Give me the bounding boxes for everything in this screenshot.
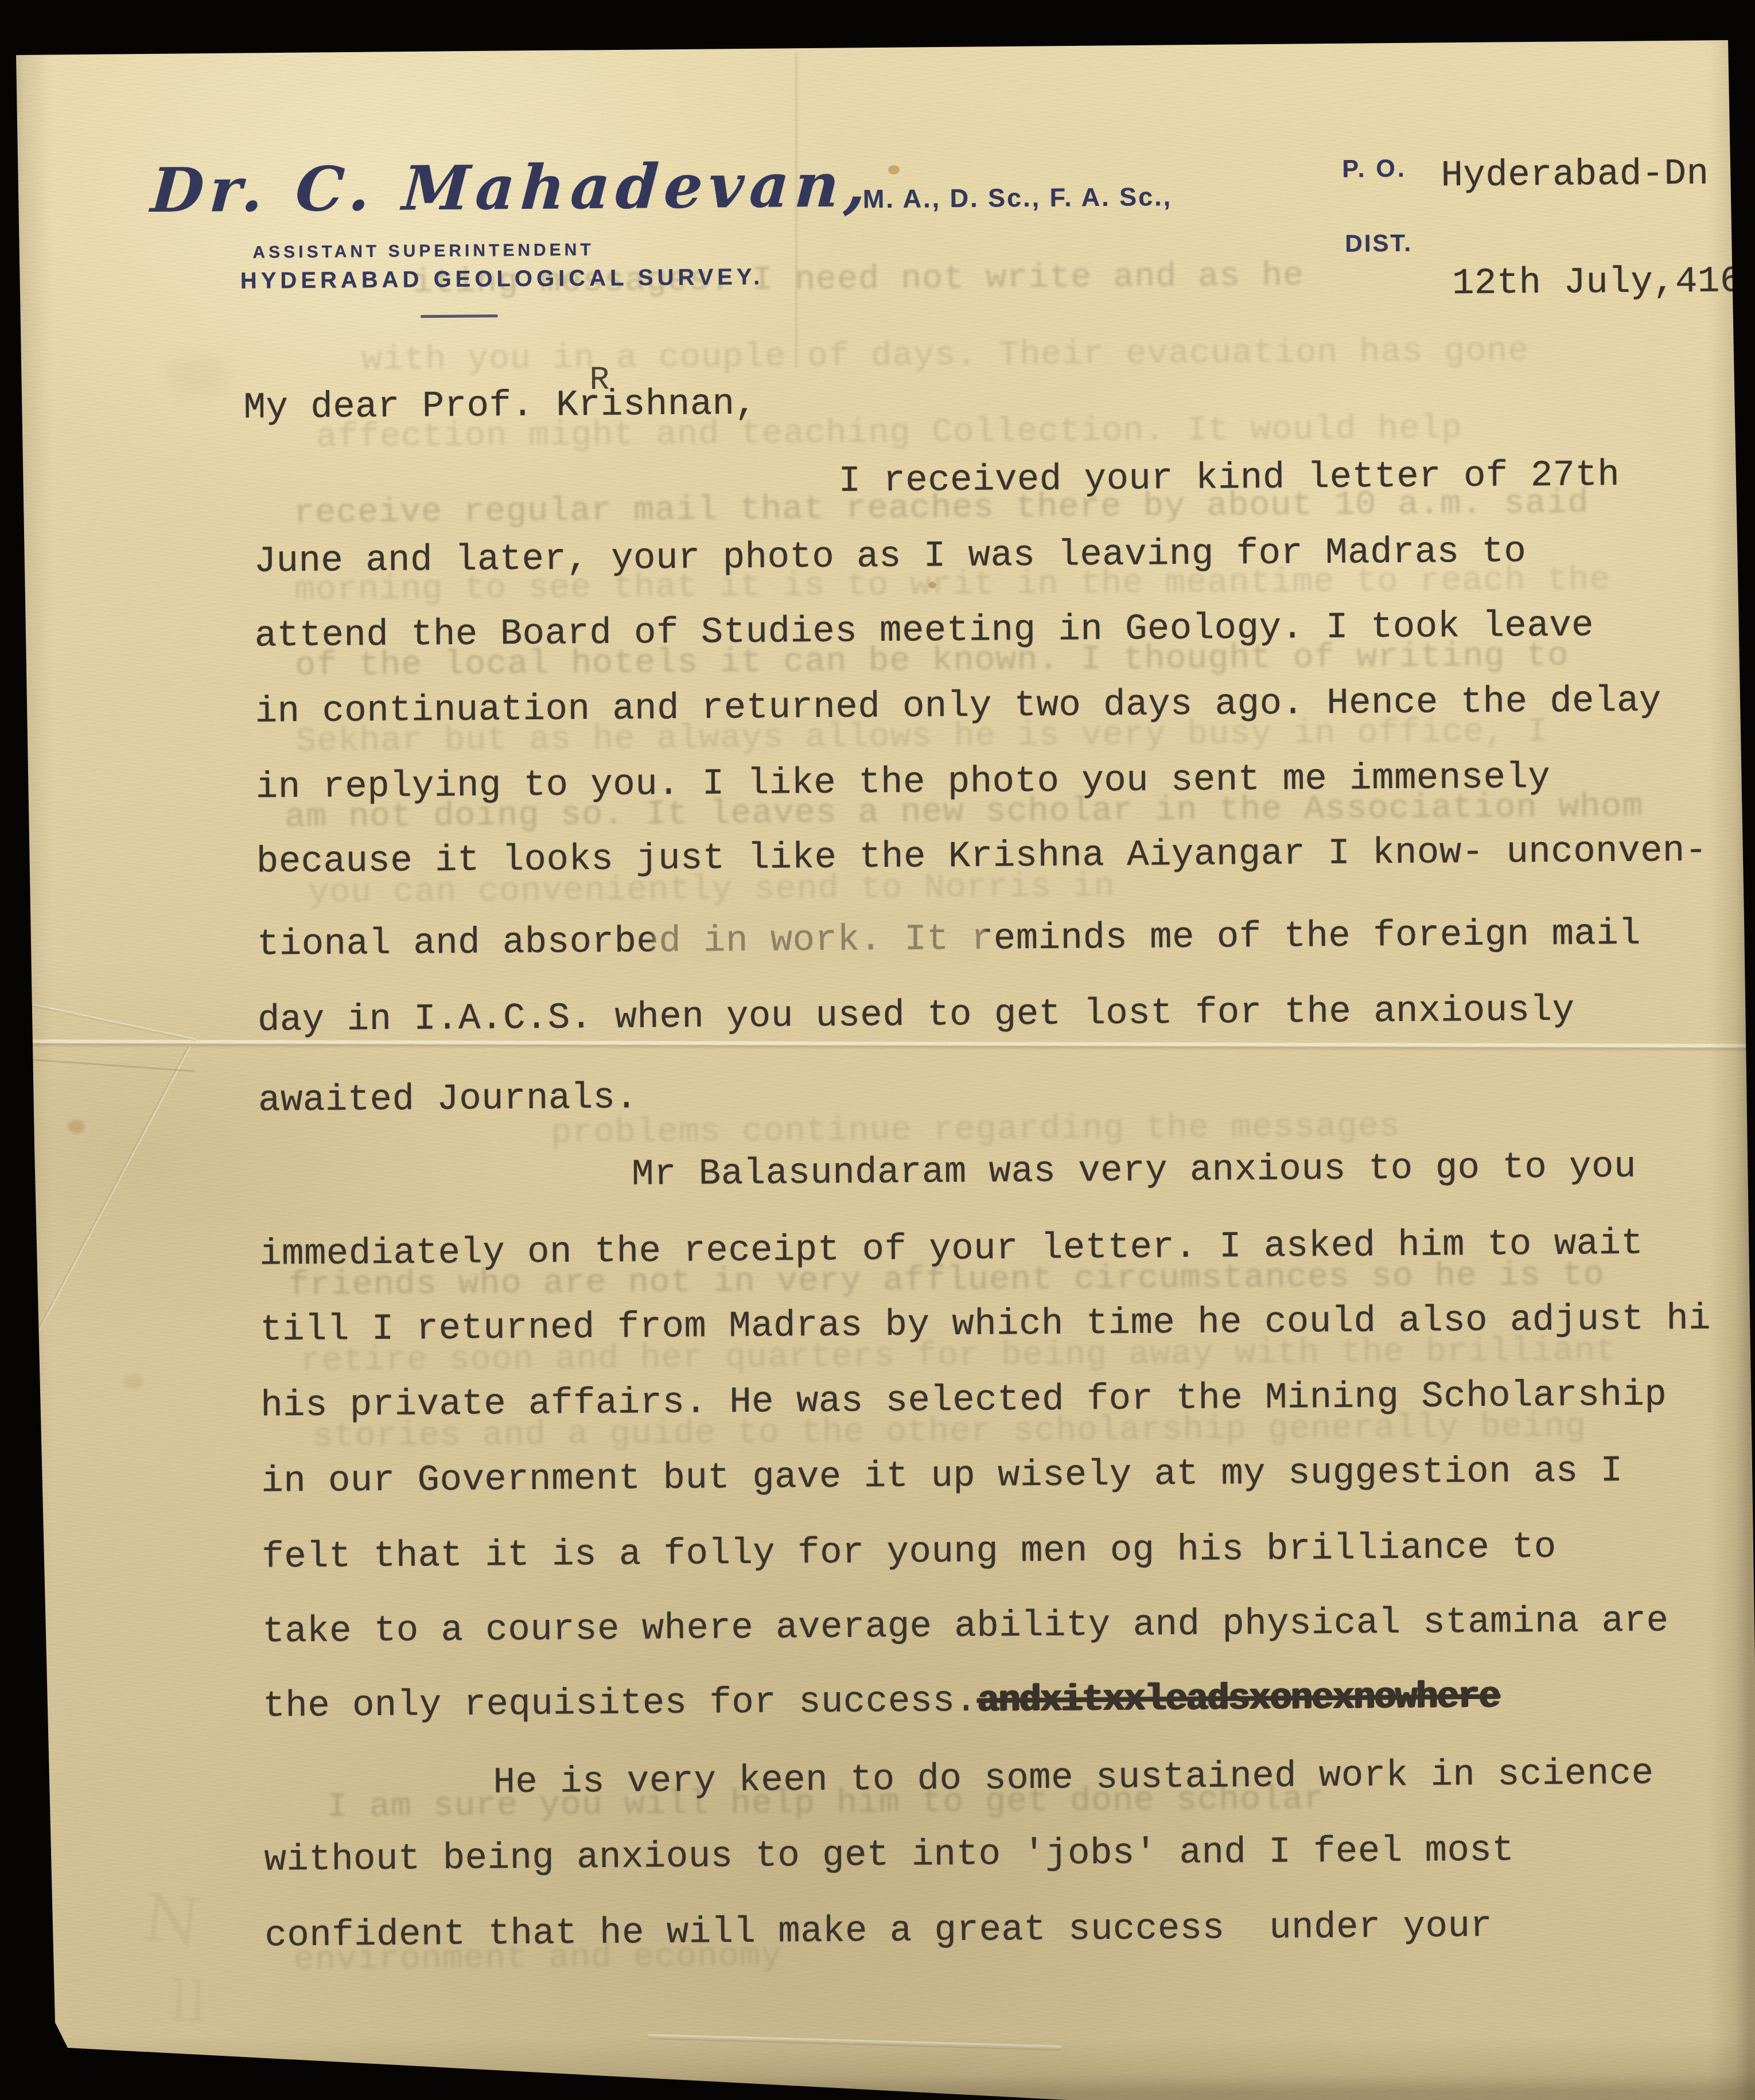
letterhead-role: ASSISTANT SUPERINTENDENT (252, 240, 594, 263)
body-line: June and later, your photo as I was leav… (254, 531, 1526, 582)
bleedthrough-line: problems continue regarding the messages (551, 1107, 1400, 1153)
letterhead-organization: HYDERABAD GEOLOGICAL SURVEY. (240, 264, 764, 294)
po-value: Hyderabad-Dn (1441, 154, 1709, 197)
letter-paper-sheet: iting messages. I need not write and as … (0, 0, 1755, 2100)
salutation: My dear Prof. Krishnan, (243, 384, 757, 429)
body-line: He is very keen to do some sustained wor… (493, 1754, 1654, 1804)
date-line: 12th July,416 (1452, 261, 1742, 305)
po-label: P. O. (1342, 155, 1407, 184)
letterhead-degrees: M. A., D. Sc., F. A. Sc., (863, 182, 1173, 214)
struck-out-text: andxitxxleadsxonexnowhere (977, 1677, 1500, 1722)
body-line: take to a course where average ability a… (262, 1600, 1669, 1653)
body-line: immediately on the receipt of your lette… (259, 1224, 1644, 1276)
body-line: in continuation and returned only two da… (255, 680, 1662, 733)
bleedthrough-line: with you in a couple of days. Their evac… (361, 332, 1530, 380)
date-clipped-char: 6 (1720, 261, 1742, 302)
body-line: confident that he will make a great succ… (264, 1906, 1492, 1957)
scanned-letter-page: iting messages. I need not write and as … (0, 0, 1755, 2100)
dist-label: DIST. (1345, 229, 1412, 258)
body-line-text: the only requisites for success. (263, 1681, 978, 1728)
body-line: till I returned from Madras by which tim… (260, 1299, 1711, 1351)
body-line-with-strikeout: the only requisites for success.andxitxx… (263, 1677, 1500, 1728)
letterhead-name: Dr. C. Mahadevan, (149, 149, 874, 226)
body-line: in replying to you. I like the photo you… (256, 757, 1551, 809)
overtyped-correction: R (589, 362, 609, 399)
body-line: because it looks just like the Krishna A… (256, 831, 1707, 883)
body-line: felt that it is a folly for young men og… (262, 1527, 1556, 1579)
vertical-crease (795, 53, 797, 368)
body-line: tional and absorbed in work. It reminds … (257, 914, 1641, 966)
body-line: attend the Board of Studies meeting in G… (255, 605, 1594, 657)
body-line: Mr Balasundaram was very anxious to go t… (632, 1147, 1636, 1196)
pencil-mark: N (139, 1879, 205, 1962)
body-line: in our Government but gave it up wisely … (261, 1451, 1623, 1503)
body-line: awaited Journals. (258, 1077, 638, 1121)
body-line: his private affairs. He was selected for… (260, 1374, 1667, 1427)
pencil-mark: ll (169, 1967, 208, 2036)
letterhead-rule (421, 314, 497, 318)
body-line: day in I.A.C.S. when you used to get los… (258, 990, 1575, 1042)
date-text: 12th July,41 (1452, 262, 1720, 305)
body-line: I received your kind letter of 27th (838, 455, 1620, 502)
body-line: without being anxious to get into 'jobs'… (264, 1830, 1514, 1881)
